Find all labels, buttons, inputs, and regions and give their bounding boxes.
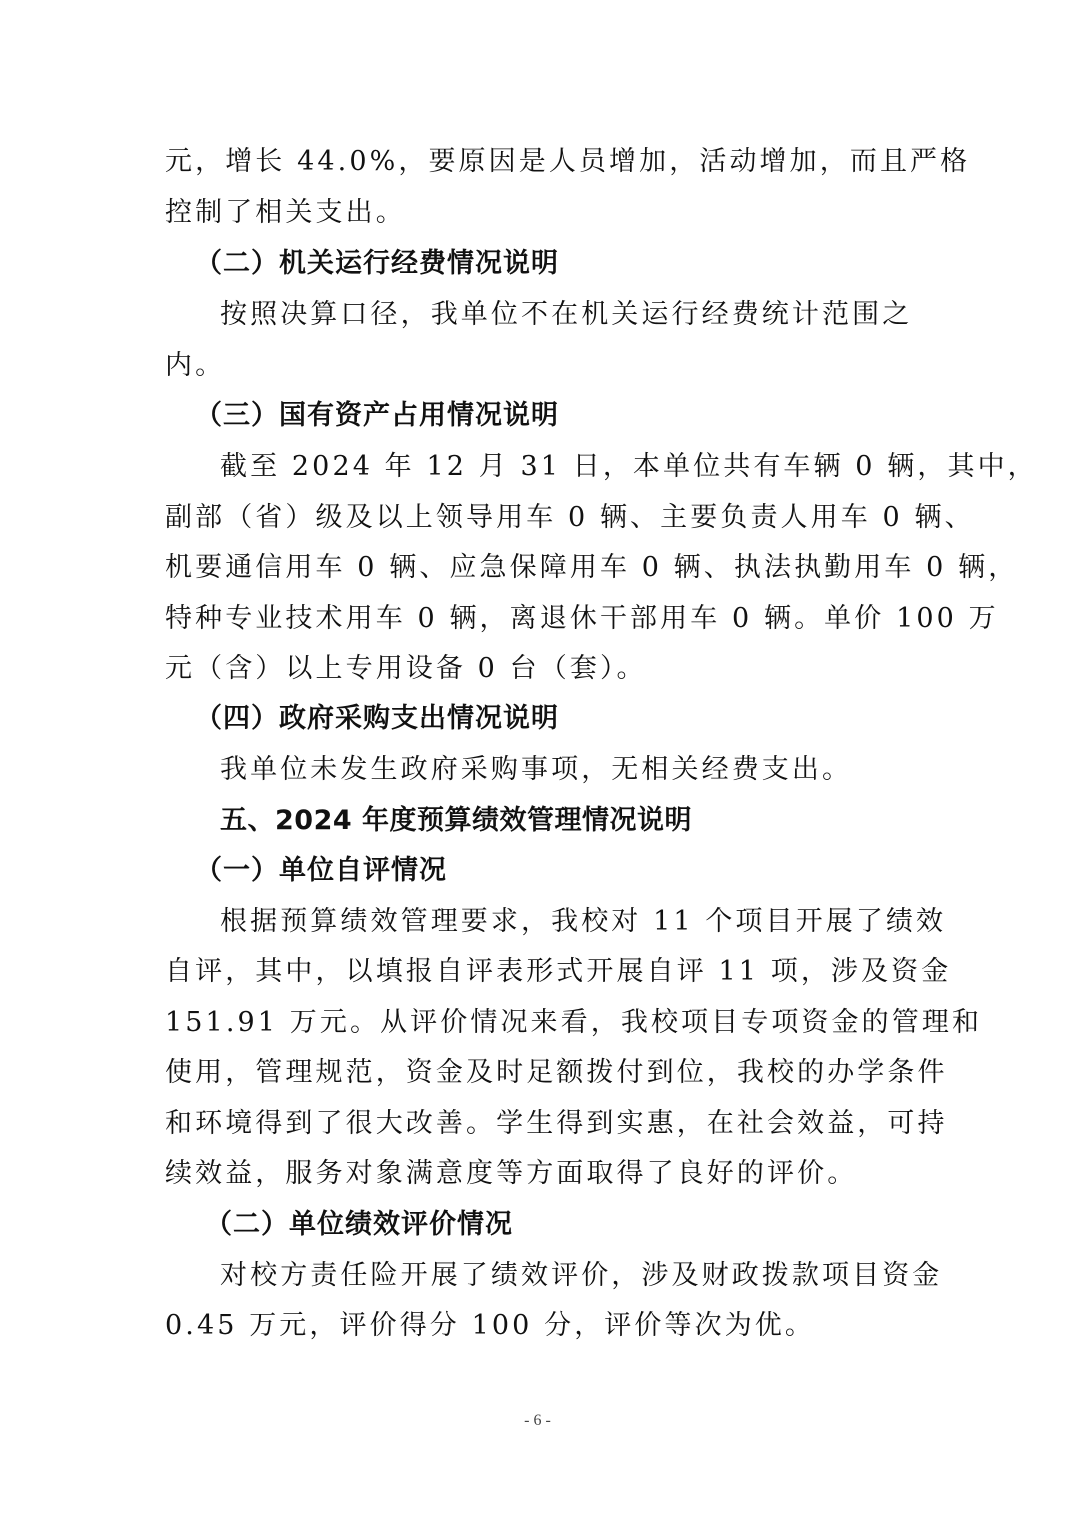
paragraph-line: 截至 2024 年 12 月 31 日，本单位共有车辆 0 辆，其中，: [220, 447, 912, 487]
page-number: - 6 -: [0, 1412, 1075, 1430]
paragraph-line: 对校方责任险开展了绩效评价，涉及财政拨款项目资金: [220, 1256, 912, 1296]
paragraph-line: 151.91 万元。从评价情况来看，我校项目专项资金的管理和: [165, 1003, 912, 1043]
paragraph-line: 特种专业技术用车 0 辆，离退休干部用车 0 辆。单价 100 万: [165, 599, 912, 639]
paragraph-line: 自评，其中，以填报自评表形式开展自评 11 项，涉及资金: [165, 952, 912, 992]
paragraph-line: 按照决算口径，我单位不在机关运行经费统计范围之: [220, 295, 912, 335]
section-heading-state-assets: （三）国有资产占用情况说明: [195, 396, 559, 436]
paragraph-line: 使用，管理规范，资金及时足额拨付到位，我校的办学条件: [165, 1053, 912, 1093]
document-page: 元，增长 44.0%，要原因是人员增加，活动增加，而且严格 控制了相关支出。 （…: [0, 0, 1075, 1520]
paragraph-line: 机要通信用车 0 辆、应急保障用车 0 辆、执法执勤用车 0 辆，: [165, 548, 912, 588]
paragraph-line: 我单位未发生政府采购事项，无相关经费支出。: [220, 750, 912, 790]
paragraph-line: 0.45 万元，评价得分 100 分，评价等次为优。: [165, 1306, 912, 1346]
paragraph-line: 内。: [165, 346, 912, 386]
paragraph-line: 控制了相关支出。: [165, 193, 912, 233]
paragraph-line: 副部（省）级及以上领导用车 0 辆、主要负责人用车 0 辆、: [165, 498, 912, 538]
section-heading-admin-operating-costs: （二）机关运行经费情况说明: [195, 244, 559, 284]
paragraph-line: 元（含）以上专用设备 0 台（套）。: [165, 649, 912, 689]
section-heading-self-evaluation: （一）单位自评情况: [195, 851, 447, 891]
section-heading-performance-evaluation: （二）单位绩效评价情况: [205, 1205, 513, 1245]
paragraph-line: 元，增长 44.0%，要原因是人员增加，活动增加，而且严格: [165, 142, 912, 182]
paragraph-line: 和环境得到了很大改善。学生得到实惠，在社会效益，可持: [165, 1104, 912, 1144]
chapter-heading-performance-management: 五、2024 年度预算绩效管理情况说明: [220, 801, 692, 841]
section-heading-government-procurement: （四）政府采购支出情况说明: [195, 699, 559, 739]
paragraph-line: 续效益，服务对象满意度等方面取得了良好的评价。: [165, 1154, 912, 1194]
paragraph-line: 根据预算绩效管理要求，我校对 11 个项目开展了绩效: [220, 902, 912, 942]
